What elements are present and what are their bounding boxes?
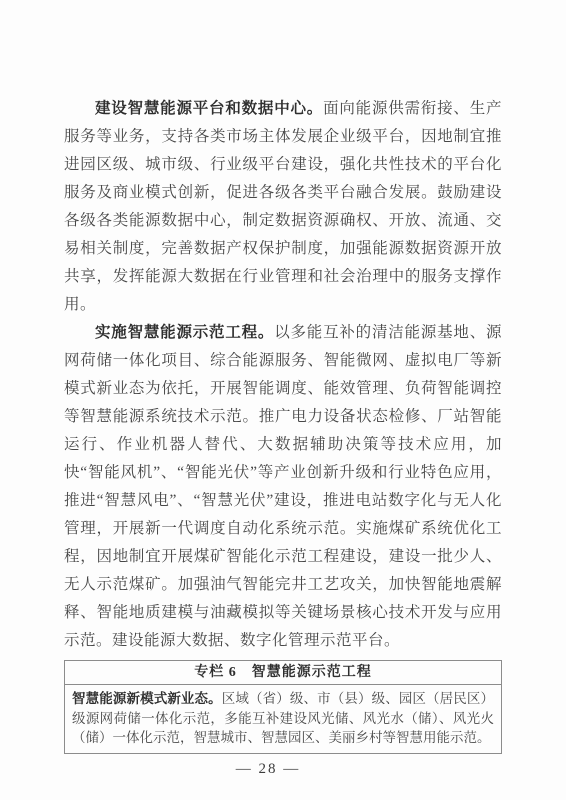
page-number: — 28 — [34,761,502,778]
text-column: 建设智慧能源平台和数据中心。面向能源供需衔接、生产服务等业务，支持各类市场主体发… [64,95,502,778]
callout-box: 专栏 6 智慧能源示范工程 智慧能源新模式新业态。区域（省）级、市（县）级、园区… [64,660,502,754]
paragraph-smart-energy-demo: 实施智慧能源示范工程。以多能互补的清洁能源基地、源网荷储一体化项目、综合能源服务… [64,319,502,655]
callout-box-body: 智慧能源新模式新业态。区域（省）级、市（县）级、园区（居民区）级源网荷储一体化示… [65,685,501,753]
callout-box-title: 专栏 6 智慧能源示范工程 [65,661,501,685]
paragraph-1-lead: 建设智慧能源平台和数据中心。 [95,100,323,117]
paragraph-smart-energy-platform: 建设智慧能源平台和数据中心。面向能源供需衔接、生产服务等业务，支持各类市场主体发… [64,95,502,319]
paragraph-2-body: 以多能互补的清洁能源基地、源网荷储一体化项目、综合能源服务、智能微网、虚拟电厂等… [64,324,502,649]
paragraph-1-body: 面向能源供需衔接、生产服务等业务，支持各类市场主体发展企业级平台，因地制宜推进园… [64,100,502,313]
document-page: 建设智慧能源平台和数据中心。面向能源供需衔接、生产服务等业务，支持各类市场主体发… [0,0,566,800]
paragraph-2-lead: 实施智慧能源示范工程。 [95,324,274,341]
callout-box-lead: 智慧能源新模式新业态。 [72,691,222,706]
